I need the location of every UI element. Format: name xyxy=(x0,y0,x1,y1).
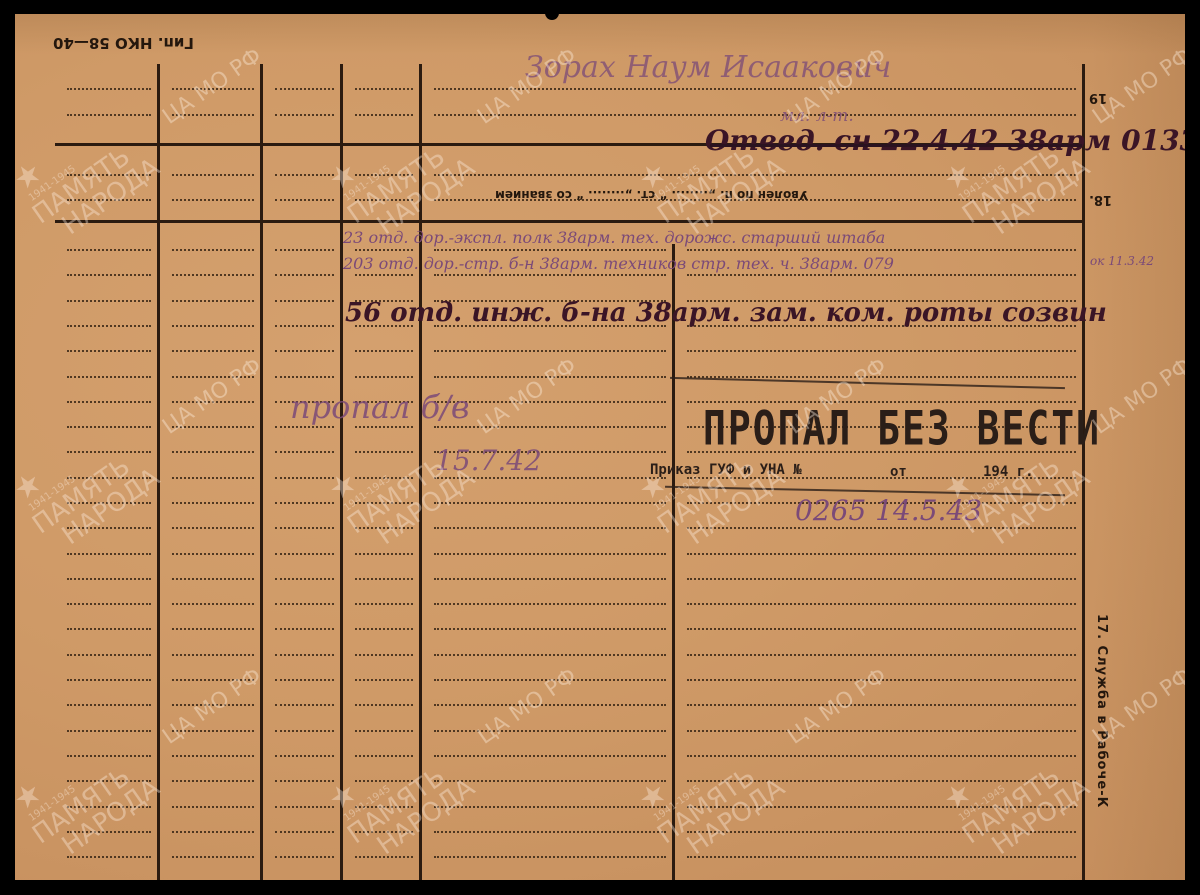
dotted-rule xyxy=(434,704,666,706)
dotted-rule xyxy=(355,628,413,630)
dotted-rule xyxy=(67,603,151,605)
dotted-rule xyxy=(172,300,254,302)
column-divider xyxy=(419,64,422,880)
dotted-rule xyxy=(67,376,151,378)
dotted-rule xyxy=(355,704,413,706)
right-margin-divider xyxy=(1082,64,1085,880)
star-icon: ★ xyxy=(939,720,1059,817)
field-17-printed-label: 17. Служба в Рабоче-К xyxy=(1094,614,1109,808)
dotted-rule xyxy=(687,780,1076,782)
dotted-rule xyxy=(434,274,666,276)
dotted-rule xyxy=(67,806,151,808)
dotted-rule xyxy=(355,679,413,681)
dotted-rule xyxy=(275,679,334,681)
dotted-rule xyxy=(172,88,254,90)
dotted-rule xyxy=(275,451,334,453)
dotted-rule xyxy=(275,603,334,605)
field-18-printed-label: Уволен по п. „........ “ ст. „........ “… xyxy=(495,188,808,202)
dotted-rule xyxy=(355,755,413,757)
stamp-from-label: от xyxy=(890,464,907,480)
dotted-rule xyxy=(275,578,334,580)
dotted-rule xyxy=(275,628,334,630)
dotted-rule xyxy=(355,451,413,453)
dotted-rule xyxy=(275,780,334,782)
dotted-rule xyxy=(67,730,151,732)
dotted-rule xyxy=(434,249,666,251)
dotted-rule xyxy=(275,300,334,302)
tsamo-watermark: ЦА МО РФ xyxy=(158,663,266,749)
dotted-rule xyxy=(687,603,1076,605)
dotted-rule xyxy=(434,856,666,858)
tsamo-watermark: ЦА МО РФ xyxy=(158,43,266,129)
dotted-rule xyxy=(67,199,151,201)
dotted-rule xyxy=(67,628,151,630)
dotted-rule xyxy=(172,527,254,529)
dotted-rule xyxy=(687,376,1076,378)
dotted-rule xyxy=(172,780,254,782)
dotted-rule xyxy=(355,350,413,352)
dotted-rule xyxy=(67,401,151,403)
order-reference: 0265 14.5.43 xyxy=(795,494,982,527)
dotted-rule xyxy=(355,376,413,378)
dotted-rule xyxy=(434,755,666,757)
dotted-rule xyxy=(172,704,254,706)
dotted-rule xyxy=(275,806,334,808)
dotted-rule xyxy=(355,831,413,833)
dotted-rule xyxy=(275,477,334,479)
form-code: Гип. НКО 58—40 xyxy=(53,34,194,52)
dotted-rule xyxy=(434,376,666,378)
dotted-rule xyxy=(275,88,334,90)
dotted-rule xyxy=(687,553,1076,555)
dotted-rule xyxy=(275,730,334,732)
dotted-rule xyxy=(355,114,413,116)
dotted-rule xyxy=(275,502,334,504)
dotted-rule xyxy=(67,502,151,504)
dotted-rule xyxy=(275,704,334,706)
service-line-2-note: ок 11.3.42 xyxy=(1090,254,1154,268)
dotted-rule xyxy=(67,300,151,302)
dotted-rule xyxy=(687,628,1076,630)
dotted-rule xyxy=(687,527,1076,529)
tsamo-watermark: ЦА МО РФ xyxy=(783,663,891,749)
dotted-rule xyxy=(687,730,1076,732)
dotted-rule xyxy=(67,831,151,833)
dotted-rule xyxy=(434,603,666,605)
dotted-rule xyxy=(67,780,151,782)
column-divider xyxy=(672,244,675,880)
pamyat-naroda-watermark: ★1941-1945ПАМЯТЬНАРОДА xyxy=(320,410,479,560)
dotted-rule xyxy=(172,730,254,732)
rank-note: мл. л-т. xyxy=(780,106,854,126)
dotted-rule xyxy=(172,451,254,453)
dotted-rule xyxy=(434,553,666,555)
dotted-rule xyxy=(275,199,334,201)
archival-card: Гип. НКО 58—40 19 18. Уволен по п. „....… xyxy=(15,14,1185,880)
dotted-rule xyxy=(355,88,413,90)
dotted-rule xyxy=(434,527,666,529)
dotted-rule xyxy=(355,780,413,782)
soldier-name: Зорах Наум Исаакович xyxy=(525,50,891,85)
dotted-rule xyxy=(67,679,151,681)
dotted-rule xyxy=(67,114,151,116)
dotted-rule xyxy=(355,730,413,732)
dotted-rule xyxy=(434,654,666,656)
dotted-rule xyxy=(687,578,1076,580)
dotted-rule xyxy=(67,426,151,428)
field-number-19: 19 xyxy=(1089,90,1107,105)
dotted-rule xyxy=(355,274,413,276)
dotted-rule xyxy=(67,451,151,453)
dotted-rule xyxy=(67,477,151,479)
dotted-rule xyxy=(67,527,151,529)
dotted-rule xyxy=(172,325,254,327)
star-icon: ★ xyxy=(15,720,129,817)
dotted-rule xyxy=(355,527,413,529)
dotted-rule xyxy=(687,856,1076,858)
dotted-rule xyxy=(434,806,666,808)
column-divider xyxy=(340,64,343,880)
dotted-rule xyxy=(355,502,413,504)
dotted-rule xyxy=(355,174,413,176)
dotted-rule xyxy=(434,679,666,681)
dotted-rule xyxy=(172,628,254,630)
pamyat-naroda-watermark: ★1941-1945ПАМЯТЬНАРОДА xyxy=(935,720,1094,870)
dotted-rule xyxy=(172,502,254,504)
dotted-rule xyxy=(434,730,666,732)
dotted-rule xyxy=(67,325,151,327)
dotted-rule xyxy=(434,88,1076,90)
stamp-border-top xyxy=(670,377,1065,389)
order-line: Отвед. сн 22.4.42 38арм 0133/з xyxy=(705,124,1185,157)
dotted-rule xyxy=(172,249,254,251)
dotted-rule xyxy=(172,856,254,858)
dotted-rule xyxy=(687,679,1076,681)
dotted-rule xyxy=(355,477,413,479)
dotted-rule xyxy=(355,578,413,580)
dotted-rule xyxy=(434,477,666,479)
dotted-rule xyxy=(275,654,334,656)
dotted-rule xyxy=(434,350,666,352)
dotted-rule xyxy=(687,350,1076,352)
dotted-rule xyxy=(275,274,334,276)
tsamo-watermark: ЦА МО РФ xyxy=(1088,353,1185,439)
dotted-rule xyxy=(687,654,1076,656)
dotted-rule xyxy=(67,274,151,276)
dotted-rule xyxy=(172,274,254,276)
dotted-rule xyxy=(67,755,151,757)
star-icon: ★ xyxy=(634,720,754,817)
dotted-rule xyxy=(275,114,334,116)
dotted-rule xyxy=(355,603,413,605)
strike-through xyxy=(710,144,1082,147)
dotted-rule xyxy=(67,578,151,580)
dotted-rule xyxy=(172,401,254,403)
dotted-rule xyxy=(275,831,334,833)
service-line-1: 23 отд. дор.-экспл. полк 38арм. тех. дор… xyxy=(343,228,885,247)
dotted-rule xyxy=(434,831,666,833)
dotted-rule xyxy=(172,806,254,808)
dotted-rule xyxy=(172,350,254,352)
dotted-rule xyxy=(355,426,413,428)
dotted-rule xyxy=(172,199,254,201)
section-divider-18 xyxy=(55,220,1082,223)
dotted-rule xyxy=(434,502,666,504)
pamyat-naroda-watermark: ★1941-1945ПАМЯТЬНАРОДА xyxy=(320,720,479,870)
pamyat-naroda-watermark: ★1941-1945ПАМЯТЬНАРОДА xyxy=(15,410,164,560)
dotted-rule xyxy=(275,376,334,378)
dotted-rule xyxy=(67,704,151,706)
tsamo-watermark: ЦА МО РФ xyxy=(1088,43,1185,129)
paper-tear xyxy=(545,14,559,20)
dotted-rule xyxy=(434,426,666,428)
dotted-rule xyxy=(434,114,1076,116)
dotted-rule xyxy=(275,527,334,529)
dotted-rule xyxy=(687,755,1076,757)
dotted-rule xyxy=(172,174,254,176)
dotted-rule xyxy=(275,249,334,251)
dotted-rule xyxy=(172,603,254,605)
dotted-rule xyxy=(687,704,1076,706)
field-number-18: 18. xyxy=(1089,192,1112,207)
dotted-rule xyxy=(355,249,413,251)
service-line-3: 56 отд. инж. б-на 38арм. зам. ком. роты … xyxy=(345,298,1107,328)
dotted-rule xyxy=(434,628,666,630)
dotted-rule xyxy=(275,350,334,352)
dotted-rule xyxy=(172,831,254,833)
dotted-rule xyxy=(172,755,254,757)
dotted-rule xyxy=(172,477,254,479)
pamyat-naroda-watermark: ★1941-1945ПАМЯТЬНАРОДА xyxy=(15,720,164,870)
dotted-rule xyxy=(67,553,151,555)
dotted-rule xyxy=(67,654,151,656)
dotted-rule xyxy=(67,856,151,858)
dotted-rule xyxy=(687,831,1076,833)
dotted-rule xyxy=(172,553,254,555)
dotted-rule xyxy=(355,553,413,555)
dotted-rule xyxy=(434,780,666,782)
column-divider xyxy=(157,64,160,880)
dotted-rule xyxy=(275,174,334,176)
dotted-rule xyxy=(67,88,151,90)
dotted-rule xyxy=(275,856,334,858)
pamyat-naroda-watermark: ★1941-1945ПАМЯТЬНАРОДА xyxy=(630,720,789,870)
dotted-rule xyxy=(355,806,413,808)
dotted-rule xyxy=(172,376,254,378)
dotted-rule xyxy=(67,174,151,176)
missing-note: пропал б/в xyxy=(290,388,470,426)
dotted-rule xyxy=(687,274,1076,276)
dotted-rule xyxy=(67,249,151,251)
dotted-rule xyxy=(172,679,254,681)
dotted-rule xyxy=(275,553,334,555)
dotted-rule xyxy=(172,114,254,116)
dotted-rule xyxy=(355,654,413,656)
dotted-rule xyxy=(355,199,413,201)
service-line-2: 203 отд. дор.-стр. б-н 38арм. техников с… xyxy=(343,254,894,273)
stamp-missing-title: ПРОПАЛ БЕЗ ВЕСТИ xyxy=(703,401,1101,456)
dotted-rule xyxy=(67,350,151,352)
dotted-rule xyxy=(687,249,1076,251)
dotted-rule xyxy=(172,426,254,428)
dotted-rule xyxy=(275,755,334,757)
column-divider xyxy=(260,64,263,880)
dotted-rule xyxy=(434,174,1076,176)
tsamo-watermark: ЦА МО РФ xyxy=(473,663,581,749)
dotted-rule xyxy=(434,578,666,580)
dotted-rule xyxy=(275,426,334,428)
dotted-rule xyxy=(172,654,254,656)
dotted-rule xyxy=(687,806,1076,808)
star-icon: ★ xyxy=(15,410,129,507)
missing-date: 15.7.42 xyxy=(435,444,542,477)
stamp-year-label: 194 г. xyxy=(983,464,1034,480)
stamp-order-label: Приказ ГУФ и УНА № xyxy=(650,462,802,478)
dotted-rule xyxy=(275,325,334,327)
dotted-rule xyxy=(172,578,254,580)
dotted-rule xyxy=(355,856,413,858)
